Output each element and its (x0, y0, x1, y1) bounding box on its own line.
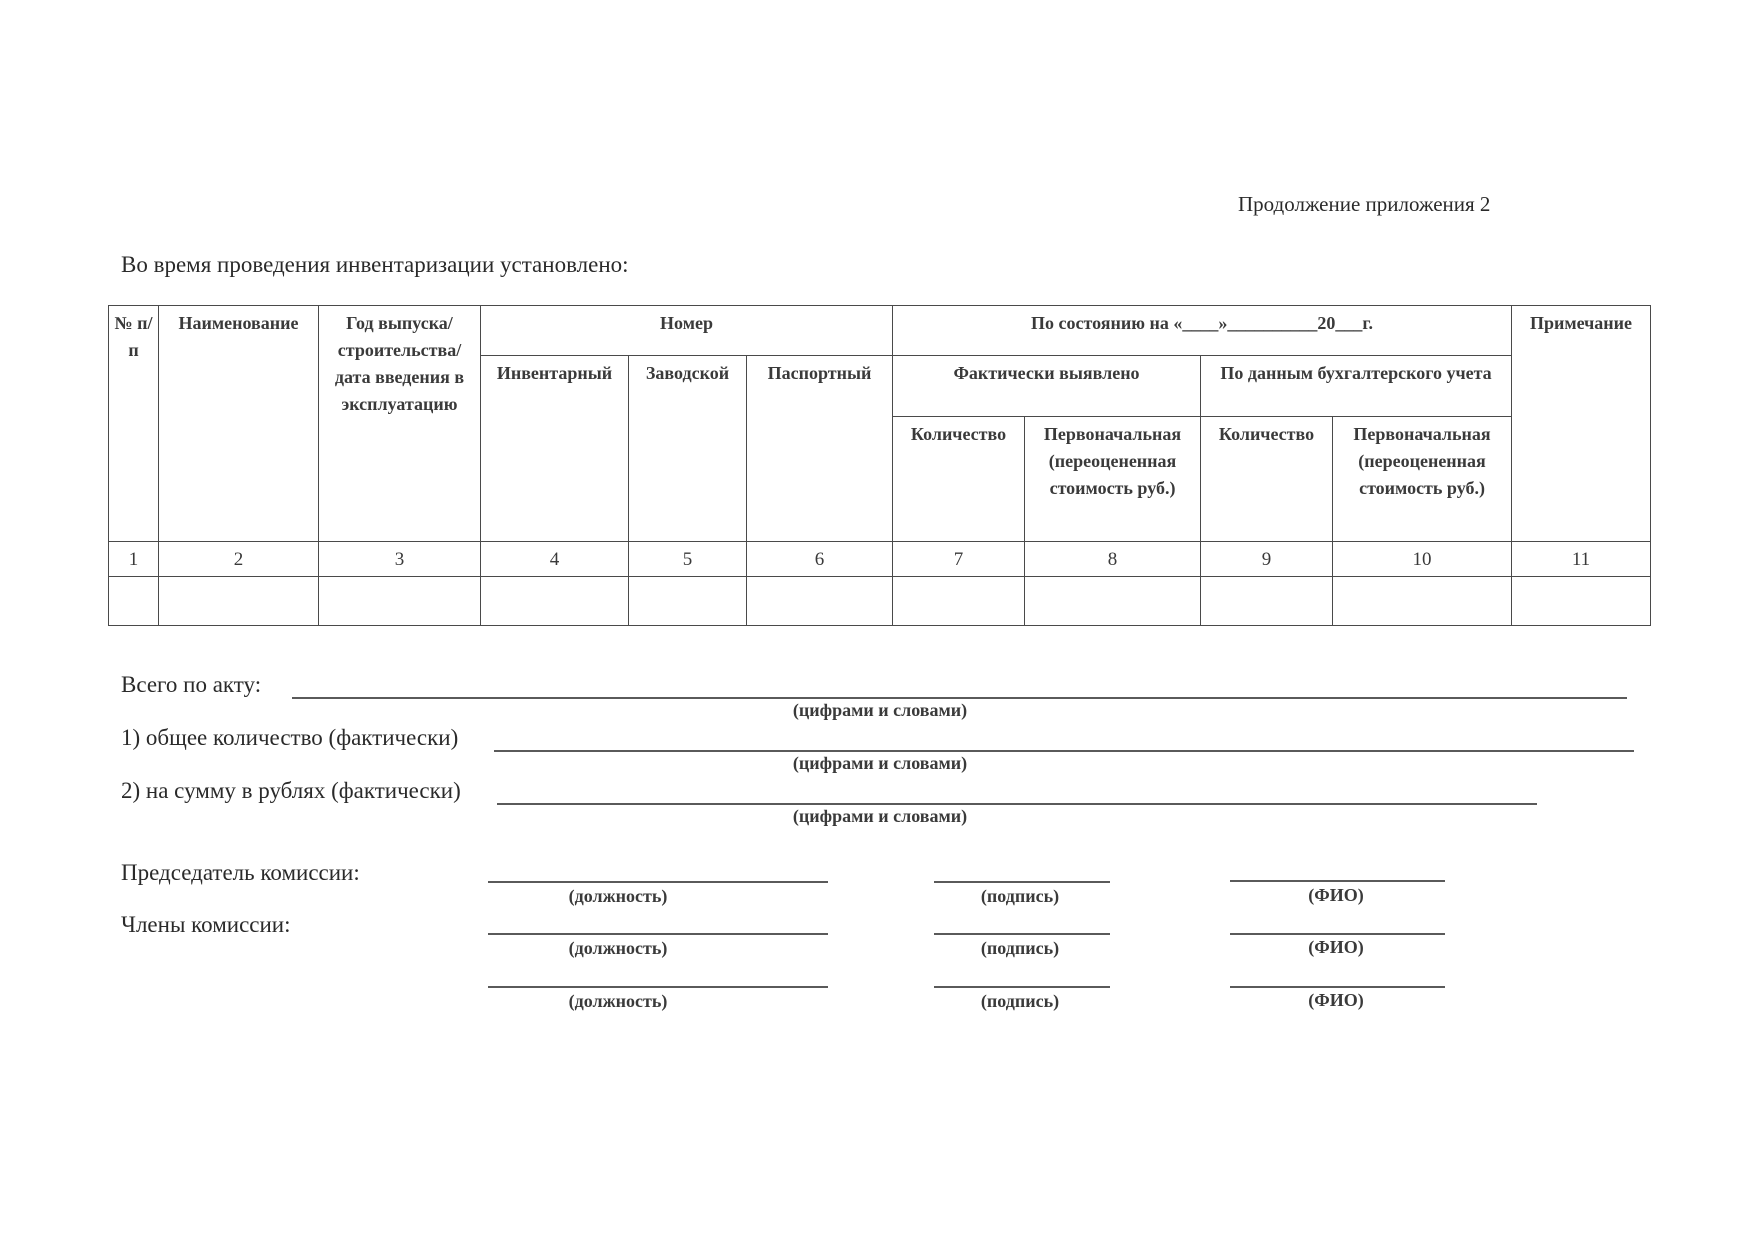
column-number: 6 (747, 542, 893, 577)
cell-qty-actual[interactable] (893, 577, 1025, 626)
position-hint: (должность) (569, 886, 668, 907)
column-number: 8 (1025, 542, 1201, 577)
header-note: Примечание (1512, 306, 1651, 542)
member1-position-line[interactable] (488, 933, 828, 935)
sum-hint: (цифрами и словами) (793, 806, 967, 827)
name-hint: (ФИО) (1308, 990, 1363, 1011)
cell-passport[interactable] (747, 577, 893, 626)
header-actual-group: Фактически выявлено (893, 356, 1201, 417)
member1-name-line[interactable] (1230, 933, 1445, 935)
cell-cost-accounting[interactable] (1333, 577, 1512, 626)
signature-hint: (подпись) (981, 886, 1059, 907)
column-number: 10 (1333, 542, 1512, 577)
column-number: 1 (109, 542, 159, 577)
chairman-name-line[interactable] (1230, 880, 1445, 882)
header-year: Год выпуска/ строительства/ дата введени… (319, 306, 481, 542)
name-hint: (ФИО) (1308, 885, 1363, 906)
inventory-table: № п/п Наименование Год выпуска/ строител… (108, 305, 1651, 626)
sum-input-line[interactable] (497, 803, 1537, 805)
position-hint: (должность) (569, 991, 668, 1012)
signature-hint: (подпись) (981, 991, 1059, 1012)
column-number: 2 (159, 542, 319, 577)
cell-note[interactable] (1512, 577, 1651, 626)
chairman-position-line[interactable] (488, 881, 828, 883)
header-passport: Паспортный (747, 356, 893, 542)
position-hint: (должность) (569, 938, 668, 959)
column-number: 5 (629, 542, 747, 577)
cell-name[interactable] (159, 577, 319, 626)
chairman-label: Председатель комиссии: (121, 860, 360, 886)
header-name: Наименование (159, 306, 319, 542)
member2-signature-line[interactable] (934, 986, 1110, 988)
members-label: Члены комиссии: (121, 912, 291, 938)
table-row (109, 577, 1651, 626)
header-qty-accounting: Количество (1201, 417, 1333, 542)
qty-hint: (цифрами и словами) (793, 753, 967, 774)
column-number: 9 (1201, 542, 1333, 577)
member2-name-line[interactable] (1230, 986, 1445, 988)
total-hint: (цифрами и словами) (793, 700, 967, 721)
appendix-note: Продолжение приложения 2 (1238, 192, 1490, 217)
header-qty-actual: Количество (893, 417, 1025, 542)
header-number-group: Номер (481, 306, 893, 356)
column-number: 4 (481, 542, 629, 577)
column-number: 11 (1512, 542, 1651, 577)
column-number: 3 (319, 542, 481, 577)
total-input-line[interactable] (292, 697, 1627, 699)
intro-text: Во время проведения инвентаризации устан… (121, 252, 629, 278)
name-hint: (ФИО) (1308, 937, 1363, 958)
qty-input-line[interactable] (494, 750, 1634, 752)
cell-inventory[interactable] (481, 577, 629, 626)
header-inventory: Инвентарный (481, 356, 629, 542)
member2-position-line[interactable] (488, 986, 828, 988)
cell-num[interactable] (109, 577, 159, 626)
chairman-signature-line[interactable] (934, 881, 1110, 883)
member1-signature-line[interactable] (934, 933, 1110, 935)
qty-label: 1) общее количество (фактически) (121, 725, 458, 751)
column-number-row: 1 2 3 4 5 6 7 8 9 10 11 (109, 542, 1651, 577)
cell-factory[interactable] (629, 577, 747, 626)
header-factory: Заводской (629, 356, 747, 542)
header-num: № п/п (109, 306, 159, 542)
cell-qty-accounting[interactable] (1201, 577, 1333, 626)
header-cost-accounting: Первоначальная (переоцененная стоимость … (1333, 417, 1512, 542)
header-as-of-date: По состоянию на «____»__________20___г. (893, 306, 1512, 356)
sum-label: 2) на сумму в рублях (фактически) (121, 778, 461, 804)
cell-cost-actual[interactable] (1025, 577, 1201, 626)
cell-year[interactable] (319, 577, 481, 626)
header-cost-actual: Первоначальная (переоцененная стоимость … (1025, 417, 1201, 542)
signature-hint: (подпись) (981, 938, 1059, 959)
total-label: Всего по акту: (121, 672, 261, 698)
header-accounting-group: По данным бухгалтерского учета (1201, 356, 1512, 417)
column-number: 7 (893, 542, 1025, 577)
